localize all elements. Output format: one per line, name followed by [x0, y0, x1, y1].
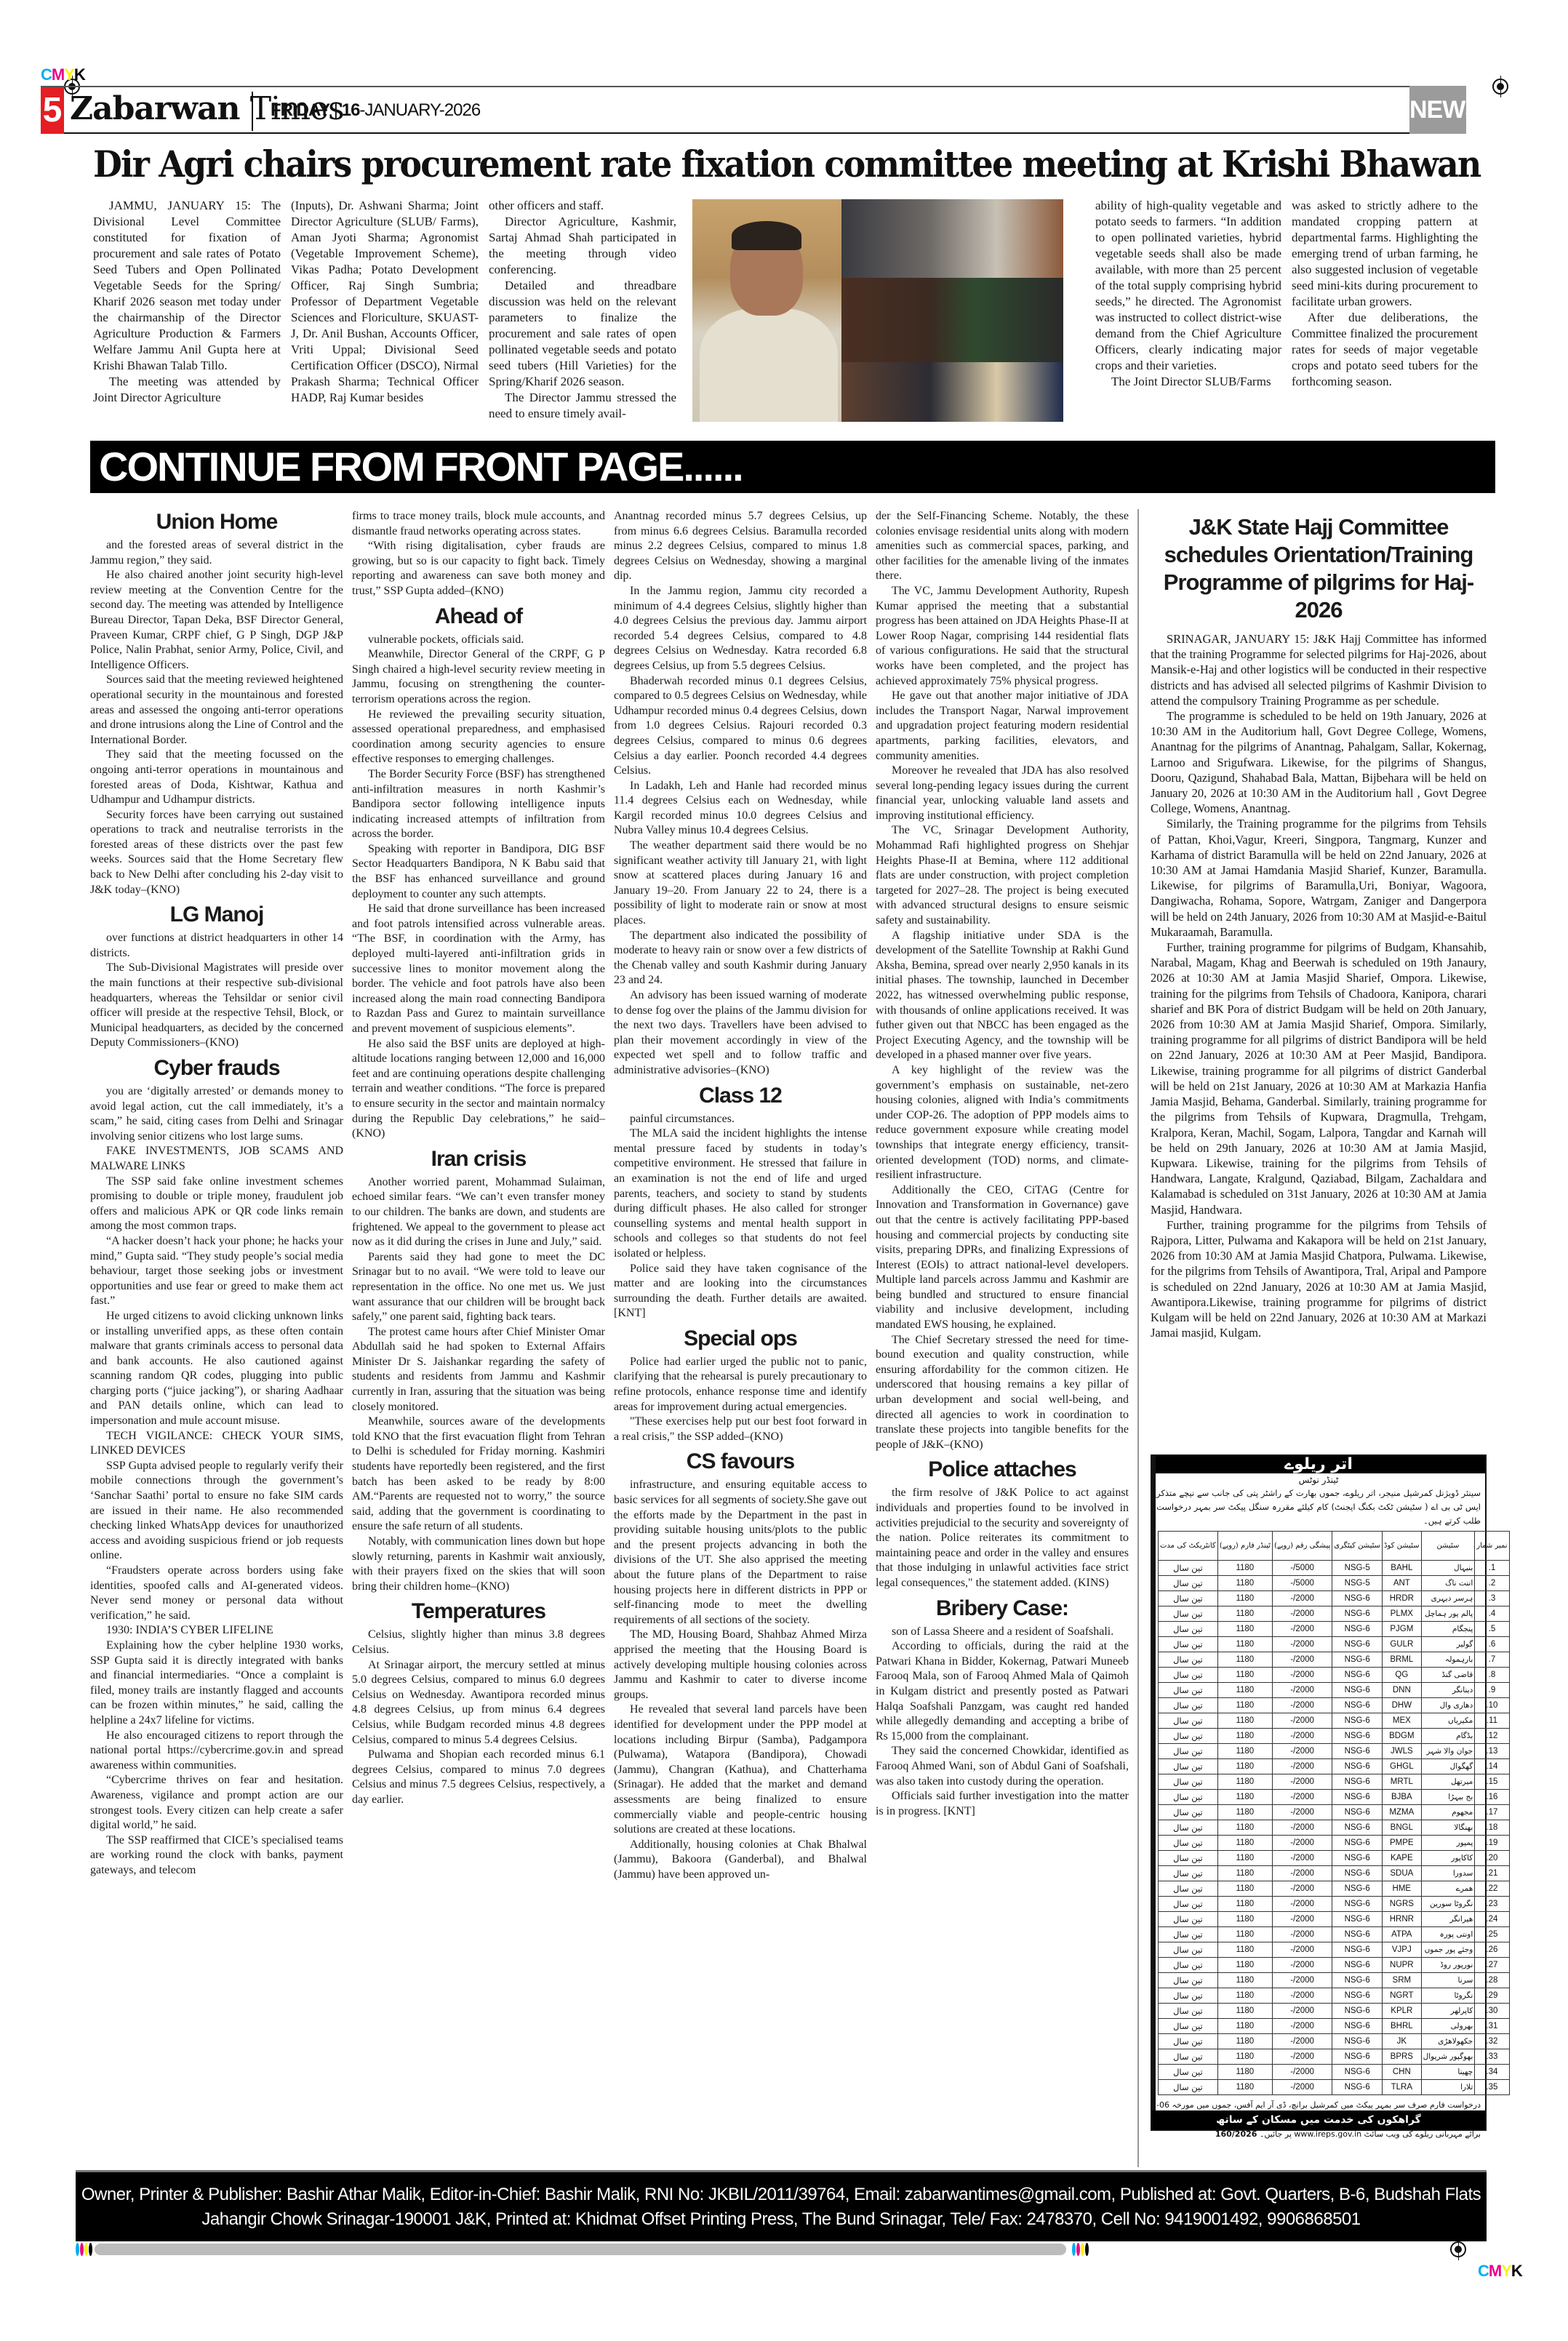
- tender-table-row: 14.گھگوالGHGLNSG-62000/-1180تین سال: [1159, 1759, 1510, 1774]
- ad-title: اتر ریلوے: [1152, 1456, 1485, 1473]
- lead-headline: Dir Agri chairs procurement rate fixatio…: [93, 143, 1364, 185]
- issue-date: FRIDAY | 16-JANUARY-2026: [271, 100, 480, 121]
- tender-table-row: 18.بھنگالاBNGLNSG-62000/-1180تین سال: [1159, 1820, 1510, 1836]
- ad-tagline: گراھکوں کی خدمت میں مسکان کے ساتھ: [1152, 2110, 1485, 2129]
- section-heading-cs-favours: CS favours: [614, 1447, 867, 1476]
- color-calibration-bar: [76, 2241, 1457, 2257]
- section-heading-bribery-case: Bribery Case:: [876, 1594, 1129, 1623]
- tender-table-row: 8.قاضی گنڈQGNSG-62000/-1180تین سال: [1159, 1668, 1510, 1683]
- black-dot: [1085, 2243, 1089, 2256]
- tender-table-row: 15.میرتھلMRTLNSG-62000/-1180تین سال: [1159, 1774, 1510, 1790]
- tender-table: نمبر شمار سٹیشن سٹیشن کوڈ سٹیشن کیٹگری پ…: [1158, 1531, 1510, 2095]
- tender-table-row: 7.بارہمولہBRMLNSG-62000/-1180تین سال: [1159, 1652, 1510, 1668]
- tender-table-row: 12.بڈگامBDGMNSG-62000/-1180تین سال: [1159, 1729, 1510, 1744]
- continued-column-3: Anantnag recorded minus 5.7 degrees Cels…: [614, 509, 867, 1882]
- railway-tender-advertisement: اتر ریلوے ٹینڈر نوٹس سینئر ڈویژنل کمرشیل…: [1151, 1454, 1487, 2131]
- registration-mark-top-right: [1492, 79, 1508, 95]
- black-dot: [89, 2243, 92, 2256]
- ad-subtitle: ٹینڈر نوٹس: [1152, 1473, 1485, 1486]
- tender-table-row: 21.سدوراSDUANSG-62000/-1180تین سال: [1159, 1866, 1510, 1881]
- continued-column-4: der the Self-Financing Scheme. Notably, …: [876, 509, 1129, 1819]
- cyan-dot: [1072, 2243, 1076, 2256]
- tender-table-row: 17.مجھومMZMANSG-62000/-1180تین سال: [1159, 1805, 1510, 1820]
- tender-table-row: 24.ھیرانگرHRNRNSG-62000/-1180تین سال: [1159, 1912, 1510, 1927]
- tender-table-row: 23.نگروٹا سورینNGRSNSG-62000/-1180تین سا…: [1159, 1897, 1510, 1912]
- tender-table-row: 10.دھاری والDHWNSG-62000/-1180تین سال: [1159, 1698, 1510, 1713]
- tender-table-row: 25.اونتی پورہATPANSG-62000/-1180تین سال: [1159, 1927, 1510, 1942]
- gray-bar: [95, 2244, 1066, 2255]
- tender-table-row: 22.ھمرےHMENSG-62000/-1180تین سال: [1159, 1881, 1510, 1897]
- section-heading-union-home: Union Home: [90, 508, 343, 537]
- section-heading-cyber-frauds: Cyber frauds: [90, 1054, 343, 1083]
- tender-table-row: 9.دینانگرDNNNSG-62000/-1180تین سال: [1159, 1683, 1510, 1698]
- yellow-dot: [84, 2243, 88, 2256]
- section-heading-temperatures: Temperatures: [352, 1597, 605, 1626]
- masthead-divider: [252, 92, 253, 131]
- tender-table-row: 2.اننت ناگANTNSG-55000/-1180تین سال: [1159, 1576, 1510, 1591]
- tender-table-body: 1.بنیہالBAHLNSG-55000/-1180تین سال2.اننت…: [1159, 1561, 1510, 2095]
- cmyk-label-top: CMYK: [41, 65, 85, 84]
- tender-table-row: 11.مکیریاںMEXNSG-62000/-1180تین سال: [1159, 1713, 1510, 1729]
- registration-mark-bottom-right: [1450, 2241, 1466, 2257]
- column-divider: [1137, 509, 1139, 2167]
- tender-table-row: 20.کاکاپورKAPENSG-62000/-1180تین سال: [1159, 1851, 1510, 1866]
- tender-table-row: 3.ہرسر دیہریHRDRNSG-62000/-1180تین سال: [1159, 1591, 1510, 1606]
- ad-intro: سینئر ڈویژنل کمرشیل منیجر، اتر ریلوے، جم…: [1152, 1486, 1485, 1528]
- print-imprint: Owner, Printer & Publisher: Bashir Athar…: [76, 2170, 1487, 2241]
- lead-photo-collage: [692, 199, 1063, 422]
- tender-table-row: 30.کاپرلھرKPLRNSG-62000/-1180تین سال: [1159, 2004, 1510, 2019]
- continued-column-2: firms to trace money trails, block mule …: [352, 509, 605, 1808]
- masthead: 5 Zabarwan Times FRIDAY | 16-JANUARY-202…: [41, 86, 1466, 134]
- cyan-dot: [76, 2243, 79, 2256]
- photo-meeting-attendees-3: [841, 362, 1063, 422]
- ad-reference-number: 160/2026: [1215, 2129, 1257, 2139]
- tender-table-row: 5.پنجگامPJGMNSG-62000/-1180تین سال: [1159, 1622, 1510, 1637]
- section-badge: NEWS: [1409, 86, 1466, 134]
- tender-table-row: 16.بج بیہڑاBJBANSG-62000/-1180تین سال: [1159, 1790, 1510, 1805]
- cmyk-label-bottom: CMYK: [1478, 2262, 1522, 2281]
- section-heading-lg-manoj: LG Manoj: [90, 900, 343, 929]
- tender-table-row: 6.گولیرGULRNSG-62000/-1180تین سال: [1159, 1637, 1510, 1652]
- tender-table-row: 35.تلاراTLRANSG-62000/-1180تین سال: [1159, 2080, 1510, 2095]
- tender-table-row: 34.چھیناCHNNSG-62000/-1180تین سال: [1159, 2065, 1510, 2080]
- section-heading-ahead-of: Ahead of: [352, 602, 605, 631]
- section-heading-police-attaches: Police attaches: [876, 1455, 1129, 1484]
- hajj-story: J&K State Hajj Committee schedules Orien…: [1151, 513, 1487, 1340]
- continued-column-1: Union Home and the forested areas of sev…: [90, 505, 343, 1878]
- magenta-dot: [1076, 2243, 1080, 2256]
- photo-meeting-attendees-2: [841, 278, 1063, 362]
- tender-table-row: 26.وجئے پور جموںVJPJNSG-62000/-1180تین س…: [1159, 1942, 1510, 1958]
- tender-table-row: 1.بنیہالBAHLNSG-55000/-1180تین سال: [1159, 1561, 1510, 1576]
- page-number: 5: [41, 87, 64, 134]
- tender-table-row: 29.نگروٹاNGRTNSG-62000/-1180تین سال: [1159, 1988, 1510, 2004]
- section-heading-iran-crisis: Iran crisis: [352, 1145, 605, 1174]
- section-heading-class-12: Class 12: [614, 1081, 867, 1111]
- photo-meeting-attendees-1: [841, 199, 1063, 278]
- yellow-dot: [1081, 2243, 1084, 2256]
- tender-table-row: 28.سرناSRMNSG-62000/-1180تین سال: [1159, 1973, 1510, 1988]
- magenta-dot: [80, 2243, 84, 2256]
- hajj-headline: J&K State Hajj Committee schedules Orien…: [1151, 513, 1487, 624]
- tender-table-row: 27.نورپور روڈNUPRNSG-62000/-1180تین سال: [1159, 1958, 1510, 1973]
- lead-story-column-3: other officers and staff. Director Agric…: [489, 198, 676, 422]
- tender-table-row: 4.پالم پور ہماچلPLMXNSG-62000/-1180تین س…: [1159, 1606, 1510, 1622]
- tender-table-row: 31.بھرولیBHRLNSG-62000/-1180تین سال: [1159, 2019, 1510, 2034]
- tender-table-row: 33.بھوگپور شریوالBPRSNSG-62000/-1180تین …: [1159, 2049, 1510, 2065]
- photo-director-portrait: [692, 199, 841, 422]
- lead-story-column-5: was asked to strictly adhere to the mand…: [1292, 198, 1478, 390]
- tender-table-row: 32.جکھولاھڑیJKNSG-62000/-1180تین سال: [1159, 2034, 1510, 2049]
- tender-table-row: 19.پمپورPMPENSG-62000/-1180تین سال: [1159, 1836, 1510, 1851]
- tender-table-row: 13.جوان والا شہرJWLSNSG-62000/-1180تین س…: [1159, 1744, 1510, 1759]
- lead-story-column-4: ability of high-quality vegetable and po…: [1095, 198, 1281, 390]
- tender-table-header: نمبر شمار سٹیشن سٹیشن کوڈ سٹیشن کیٹگری پ…: [1159, 1532, 1510, 1561]
- continue-from-front-page-banner: CONTINUE FROM FRONT PAGE......: [90, 441, 1495, 493]
- lead-story-column-2: (Inputs), Dr. Ashwani Sharma; Joint Dire…: [291, 198, 479, 406]
- section-heading-special-ops: Special ops: [614, 1324, 867, 1353]
- lead-story-column-1: JAMMU, JANUARY 15: The Divisional Level …: [93, 198, 281, 406]
